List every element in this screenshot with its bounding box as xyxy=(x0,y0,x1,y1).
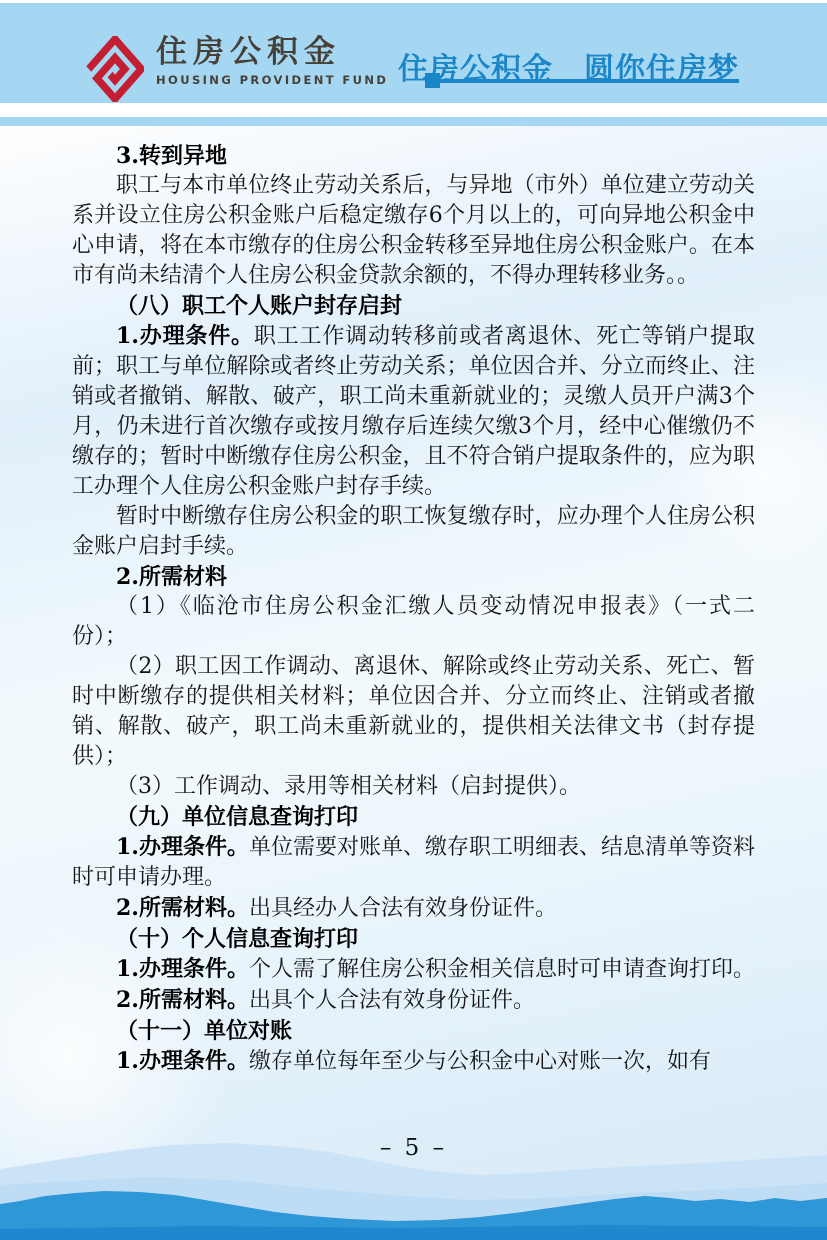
page-number: – 5 – xyxy=(0,1135,827,1161)
header-divider-white xyxy=(0,103,827,117)
paragraph: 1.办理条件。职工工作调动转移前或者离退休、死亡等销户提取前；职工与单位解除或者… xyxy=(72,321,755,502)
section-heading: （九）单位信息查询打印 xyxy=(72,802,755,832)
section-heading: 3.转到异地 xyxy=(72,141,755,171)
paragraph: （1）《临沧市住房公积金汇缴人员变动情况申报表》（一式二份）； xyxy=(72,592,755,652)
logo-title: 住房公积金 xyxy=(156,36,388,69)
paragraph-lead: 1.办理条件。 xyxy=(116,1048,249,1074)
mountains-illustration xyxy=(0,1105,827,1240)
brochure-page: 住房公积金 HOUSING PROVIDENT FUND 住房公积金 圆你住房梦… xyxy=(0,0,827,1240)
paragraph-text: 个人需了解住房公积金相关信息时可申请查询打印。 xyxy=(249,957,755,982)
paragraph-text: 职工工作调动转移前或者离退休、死亡等销户提取前；职工与单位解除或者终止劳动关系；… xyxy=(72,324,755,499)
paragraph: 职工与本市单位终止劳动关系后，与异地（市外）单位建立劳动关系并设立住房公积金账户… xyxy=(72,171,755,291)
paragraph: （3）工作调动、录用等相关材料（启封提供）。 xyxy=(72,772,755,802)
paragraph-lead: 2.所需材料。 xyxy=(116,895,249,921)
paragraph: 1.办理条件。缴存单位每年至少与公积金中心对账一次，如有 xyxy=(72,1046,755,1077)
logo: 住房公积金 HOUSING PROVIDENT FUND xyxy=(86,36,388,102)
paragraph: 2.所需材料。出具个人合法有效身份证件。 xyxy=(72,985,755,1016)
logo-text-block: 住房公积金 HOUSING PROVIDENT FUND xyxy=(156,36,388,87)
section-heading: （十）个人信息查询打印 xyxy=(72,924,755,954)
slogan-underline-square xyxy=(425,73,440,88)
paragraph-lead: 2.所需材料。 xyxy=(116,987,249,1013)
paragraph: （2）职工因工作调动、离退休、解除或终止劳动关系、死亡、暂时中断缴存的提供相关材… xyxy=(72,652,755,772)
logo-subtitle: HOUSING PROVIDENT FUND xyxy=(156,73,388,87)
paragraph: 暂时中断缴存住房公积金的职工恢复缴存时，应办理个人住房公积金账户启封手续。 xyxy=(72,502,755,562)
paragraph-text: 出具个人合法有效身份证件。 xyxy=(249,988,535,1013)
section-heading: （十一）单位对账 xyxy=(72,1016,755,1046)
section-heading: 2.所需材料 xyxy=(72,562,755,592)
paragraph-lead: 1.办理条件。 xyxy=(116,834,249,860)
slogan-underline xyxy=(425,79,739,83)
document-body: 3.转到异地 职工与本市单位终止劳动关系后，与异地（市外）单位建立劳动关系并设立… xyxy=(72,141,755,1077)
header-divider-blue xyxy=(0,117,827,126)
section-heading: （八）职工个人账户封存启封 xyxy=(72,291,755,321)
paragraph-lead: 1.办理条件。 xyxy=(116,323,254,349)
paragraph-text: 出具经办人合法有效身份证件。 xyxy=(249,896,557,921)
paragraph: 1.办理条件。单位需要对账单、缴存职工明细表、结息清单等资料时可申请办理。 xyxy=(72,832,755,893)
housing-fund-logo-icon xyxy=(86,36,144,102)
paragraph-lead: 1.办理条件。 xyxy=(116,956,249,982)
paragraph-text: 缴存单位每年至少与公积金中心对账一次，如有 xyxy=(249,1049,711,1074)
paragraph: 2.所需材料。出具经办人合法有效身份证件。 xyxy=(72,893,755,924)
paragraph: 1.办理条件。个人需了解住房公积金相关信息时可申请查询打印。 xyxy=(72,954,755,985)
